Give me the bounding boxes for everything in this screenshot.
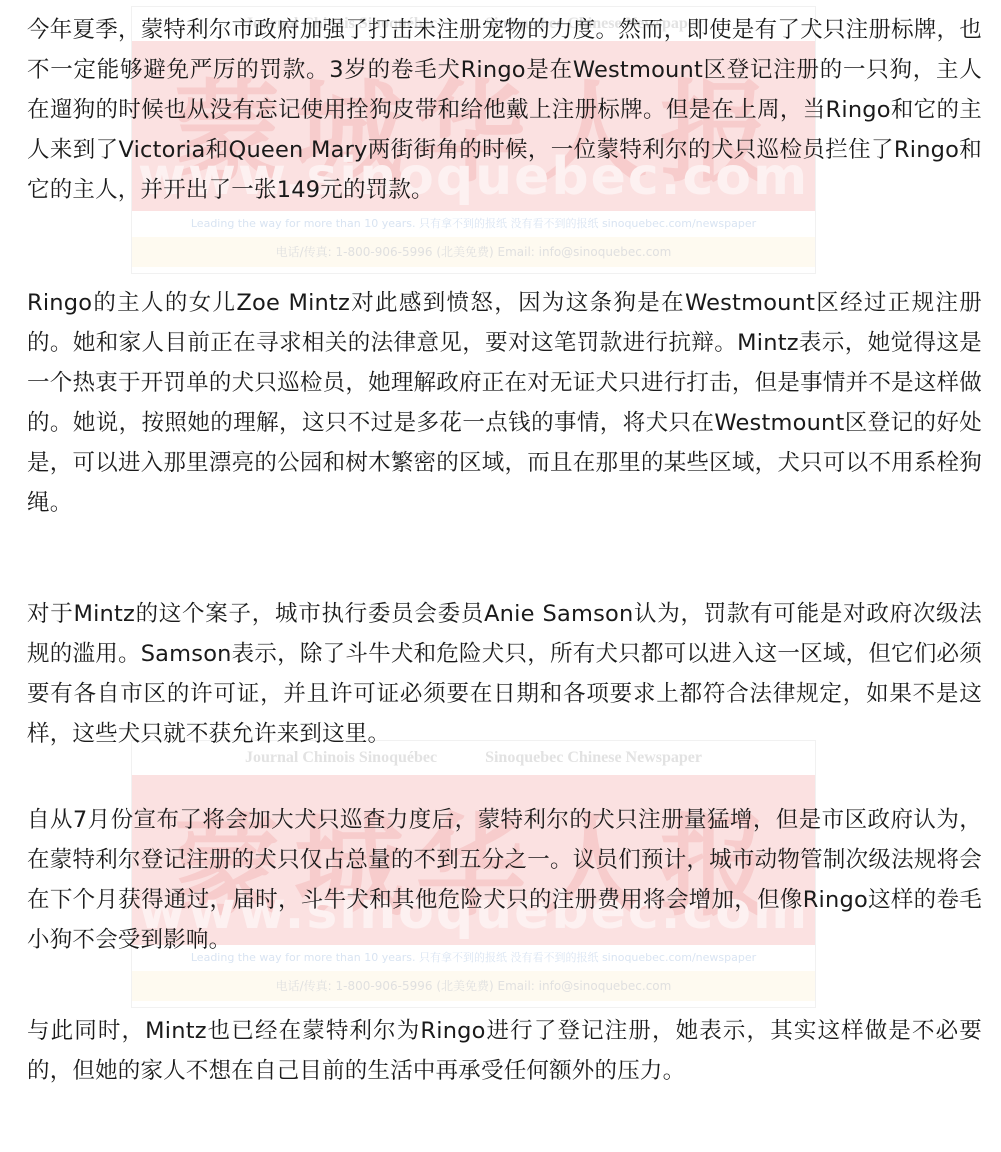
watermark-contact: 电话/传真: 1-800-906-5996 (北美免费) Email: info… [132,977,815,994]
article-paragraph: 与此同时，Mintz也已经在蒙特利尔为Ringo进行了登记注册，她表示，其实这样… [27,1011,982,1091]
article-paragraph: 对于Mintz的这个案子，城市执行委员会委员Anie Samson认为，罚款有可… [27,594,982,754]
article-paragraph: 今年夏季，蒙特利尔市政府加强了打击未注册宠物的力度。然而，即使是有了犬只注册标牌… [27,10,982,210]
watermark-slogan: Leading the way for more than 10 years. … [132,215,815,231]
watermark-contact: 电话/传真: 1-800-906-5996 (北美免费) Email: info… [132,243,815,260]
article-paragraph: 自从7月份宣布了将会加大犬只巡查力度后，蒙特利尔的犬只注册量猛增，但是市区政府认… [27,800,982,960]
article-paragraph: Ringo的主人的女儿Zoe Mintz对此感到愤怒，因为这条狗是在Westmo… [27,283,982,523]
